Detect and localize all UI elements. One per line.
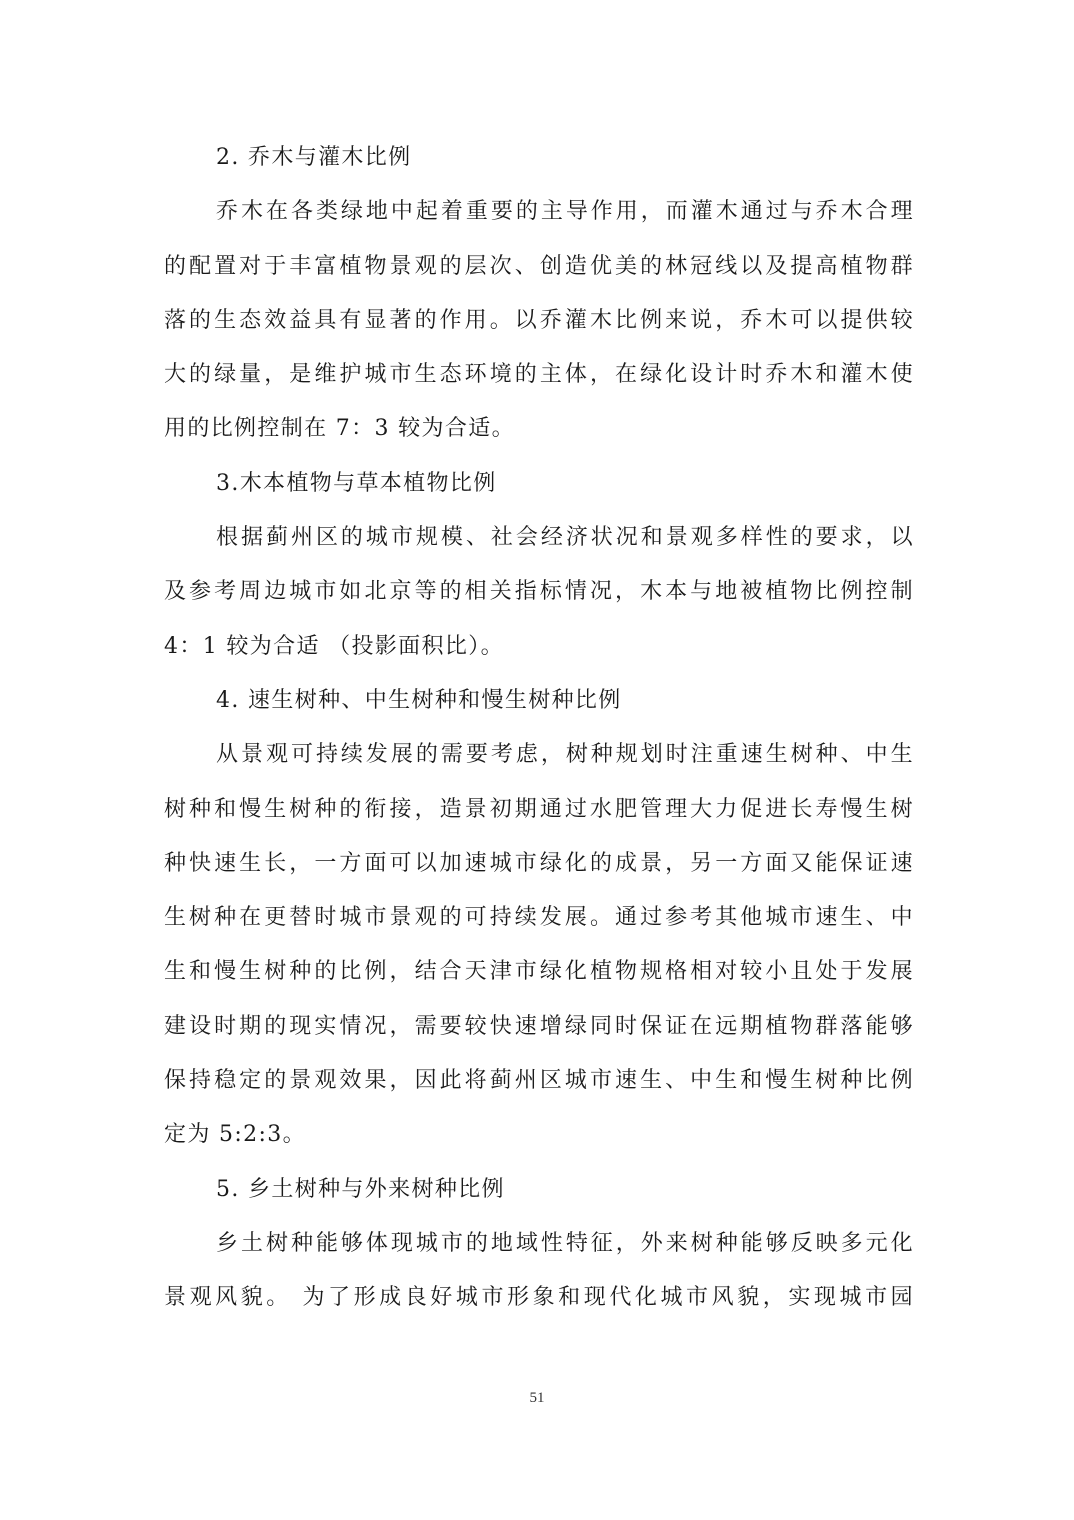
document-page: 2. 乔木与灌木比例 乔木在各类绿地中起着重要的主导作用，而灌木通过与乔木合理 … (0, 0, 1074, 1520)
section-heading-5: 5. 乡土树种与外来树种比例 (164, 1170, 914, 1224)
paragraph-line: 落的生态效益具有显著的作用。以乔灌木比例来说，乔木可以提供较 (164, 301, 914, 355)
paragraph-line: 用的比例控制在 7：3 较为合适。 (164, 409, 914, 463)
paragraph-line: 景观风貌。 为了形成良好城市形象和现代化城市风貌，实现城市园 (164, 1278, 914, 1332)
paragraph-line: 及参考周边城市如北京等的相关指标情况，木本与地被植物比例控制 (164, 572, 914, 626)
paragraph-line: 建设时期的现实情况，需要较快速增绿同时保证在远期植物群落能够 (164, 1007, 914, 1061)
paragraph-line: 定为 5:2:3。 (164, 1115, 914, 1169)
paragraph-line: 的配置对于丰富植物景观的层次、创造优美的林冠线以及提高植物群 (164, 247, 914, 301)
paragraph-line: 4：1 较为合适 （投影面积比）。 (164, 627, 914, 681)
paragraph-line: 种快速生长，一方面可以加速城市绿化的成景，另一方面又能保证速 (164, 844, 914, 898)
paragraph-line: 乡土树种能够体现城市的地域性特征，外来树种能够反映多元化 (164, 1224, 914, 1278)
section-heading-4: 4. 速生树种、中生树种和慢生树种比例 (164, 681, 914, 735)
section-heading-3: 3.木本植物与草本植物比例 (164, 464, 914, 518)
paragraph-line: 保持稳定的景观效果，因此将蓟州区城市速生、中生和慢生树种比例 (164, 1061, 914, 1115)
page-number: 51 (0, 1390, 1074, 1407)
paragraph-line: 大的绿量，是维护城市生态环境的主体，在绿化设计时乔木和灌木使 (164, 355, 914, 409)
paragraph-line: 根据蓟州区的城市规模、社会经济状况和景观多样性的要求，以 (164, 518, 914, 572)
paragraph-line: 乔木在各类绿地中起着重要的主导作用，而灌木通过与乔木合理 (164, 192, 914, 246)
section-heading-2: 2. 乔木与灌木比例 (164, 138, 914, 192)
body-text: 2. 乔木与灌木比例 乔木在各类绿地中起着重要的主导作用，而灌木通过与乔木合理 … (164, 138, 914, 1333)
paragraph-line: 生和慢生树种的比例，结合天津市绿化植物规格相对较小且处于发展 (164, 952, 914, 1006)
paragraph-line: 生树种在更替时城市景观的可持续发展。通过参考其他城市速生、中 (164, 898, 914, 952)
paragraph-line: 从景观可持续发展的需要考虑，树种规划时注重速生树种、中生 (164, 735, 914, 789)
paragraph-line: 树种和慢生树种的衔接，造景初期通过水肥管理大力促进长寿慢生树 (164, 790, 914, 844)
